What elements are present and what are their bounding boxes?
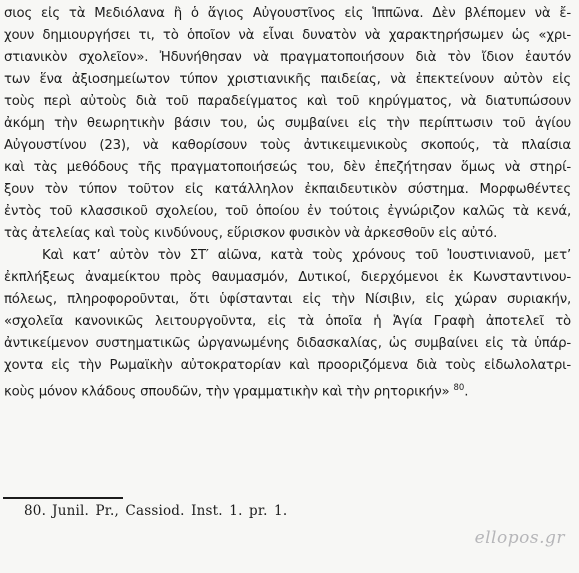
text-line: ἐκπλήξεως ἀναμείκτου πρὸς θαυμασμόν, Δυτ… [4,267,571,289]
last-line-period: . [464,384,468,399]
text-line-paragraph-end: κοὺς μόνον κλάδους σπουδῶν, τὴν γραμματι… [4,377,571,399]
text-line: σιος εἰς τὰ Μεδιόλανα ἢ ὁ ἅγιος Αὐγουστῖ… [4,3,571,25]
text-line: ξουν τὸν τύπον τοῦτον εἰς κατάλληλον ἐκπ… [4,179,571,201]
text-line: χοντα εἰς τὴν Ρωμαϊκὴν αὐτοκρατορίαν καὶ… [4,355,571,377]
watermark-ellopos: ellopos.gr [475,528,565,548]
text-line: καὶ τὰς μεθόδους τῆς πραγματοποιήσεώς το… [4,157,571,179]
text-line: τοὺς περὶ αὐτοὺς διὰ τοῦ παραδείγματος κ… [4,91,571,113]
text-line: ἀντικείμενον συστηματικῶς ὠργανωμένης δι… [4,333,571,355]
footnote-reference-number: 80 [453,383,464,393]
text-line: ἐντὸς τοῦ κλασσικοῦ σχολείου, τοῦ ὁποίου… [4,201,571,223]
text-line: στιανικὸν σχολεῖον». Ἠδυνήθησαν νὰ πραγμ… [4,47,571,69]
footnote-number: 80. [24,503,46,519]
scanned-book-page: σιος εἰς τὰ Μεδιόλανα ἢ ὁ ἅγιος Αὐγουστῖ… [0,0,579,573]
footnote-citation: Junil. Pr., Cassiod. Inst. 1. pr. 1. [52,503,287,519]
text-line: ἀκόμη τὴν θεωρητικὴν βάσιν του, ὡς συμβα… [4,113,571,135]
text-line: των ἕνα ἀξιοσημείωτον τύπον χριστιανικῆς… [4,69,571,91]
text-line: χουν δημιουργήσει τι, τὸ ὁποῖον νὰ εἶναι… [4,25,571,47]
footnote-divider-rule [3,497,123,499]
body-text-block: σιος εἰς τὰ Μεδιόλανα ἢ ὁ ἅγιος Αὐγουστῖ… [4,3,571,399]
text-line: πόλεως, πληροφοροῦνται, ὅτι ὑφίστανται ε… [4,289,571,311]
text-line: Αὐγουστίνου (23), νὰ καθορίσουν τοὺς ἀντ… [4,135,571,157]
footnote: 80.Junil. Pr., Cassiod. Inst. 1. pr. 1. [24,503,287,519]
text-line-paragraph-end: τὰς ἀτελείας καὶ τοὺς κινδύνους, εὕρισκο… [4,223,571,245]
last-line-text: κοὺς μόνον κλάδους σπουδῶν, τὴν γραμματι… [4,384,449,399]
text-line: «σχολεῖα κανονικῶς λειτουργοῦντα, εἰς τὰ… [4,311,571,333]
text-line-paragraph-start: Καὶ κατ’ αὐτὸν τὸν ΣΤ′ αἰῶνα, κατὰ τοὺς … [4,245,571,267]
